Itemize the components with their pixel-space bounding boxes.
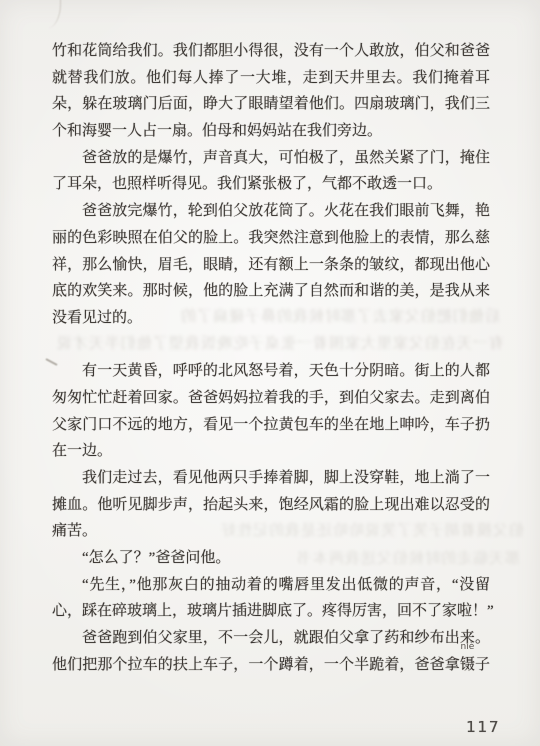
text-line: 痛苦。	[52, 518, 490, 545]
text-line: 竹和花筒给我们。我们都胆小得很，没有一个人敢放，伯父和爸爸	[52, 38, 490, 65]
text-line: 祥，那么愉快，眉毛，眼睛，还有额上一条条的皱纹，都现出他心	[52, 252, 490, 279]
text-line: 爸爸放的是爆竹，声音真大，可怕极了，虽然关紧了门，掩住	[52, 145, 490, 172]
text-line: 了耳朵，也照样听得见。我们紧张极了，气都不敢透一口。	[52, 171, 490, 198]
scanned-book-page: 后他们把伯父家去了那时候我的鼻子碰扁了的 有一天在伯父家里大家围着一张桌子吃晚饭…	[0, 0, 540, 746]
text-line: 丽的色彩映照在伯父的脸上。我突然注意到他脸上的表情，那么慈	[52, 225, 490, 252]
body-text: 竹和花筒给我们。我们都胆小得很，没有一个人敢放，伯父和爸爸就替我们放。他们每人捧…	[52, 38, 490, 679]
text-line: 我们走过去，看见他两只手捧着脚，脚上没穿鞋，地上淌了一	[52, 465, 490, 492]
pinyin-annotation: niè	[460, 643, 474, 652]
text-line: 摊血。他听见脚步声，抬起头来，饱经风霜的脸上现出难以忍受的	[52, 492, 490, 519]
text-line: 底的欢笑来。那时候，他的脸上充满了自然而和谐的美，是我从来	[52, 278, 490, 305]
text-line: 在一边。	[52, 438, 490, 465]
text-line: 爸爸放完爆竹，轮到伯父放花筒了。火花在我们眼前飞舞，艳	[52, 198, 490, 225]
text-line: 爸爸跑到伯父家里，不一会儿，就跟伯父拿了药和纱布出来。	[52, 625, 490, 652]
text-line: 朵，躲在玻璃门后面，睁大了眼睛望着他们。四扇玻璃门，我们三	[52, 91, 490, 118]
text-line: “先生，”他那灰白的抽动着的嘴唇里发出低微的声音，“没留	[52, 572, 490, 599]
text-line: 没看见过的。	[52, 305, 490, 332]
scan-crease-artifact	[42, 0, 61, 28]
text-line: “怎么了？”爸爸问他。	[52, 545, 490, 572]
text-line: 有一天黄昏，呼呼的北风怒号着，天色十分阴暗。街上的人都	[52, 358, 490, 385]
text-line: 匆匆忙忙赶着回家。爸爸妈妈拉着我的手，到伯父家去。走到离伯	[52, 385, 490, 412]
annotated-character: niè镊	[460, 652, 475, 679]
text-line: 父家门口不远的地方，看见一个拉黄包车的坐在地上呻吟，车子扔	[52, 412, 490, 439]
page-number: 117	[466, 718, 500, 736]
text-line: 心，踩在碎玻璃上，玻璃片插进脚底了。疼得厉害，回不了家啦！”	[52, 598, 490, 625]
text-line: 就替我们放。他们每人捧了一大堆，走到天井里去。我们掩着耳	[52, 65, 490, 92]
text-line: 个和海婴一人占一扇。伯母和妈妈站在我们旁边。	[52, 118, 490, 145]
text-line: 他们把那个拉车的扶上车子，一个蹲着，一个半跪着，爸爸拿niè镊子	[52, 652, 490, 679]
